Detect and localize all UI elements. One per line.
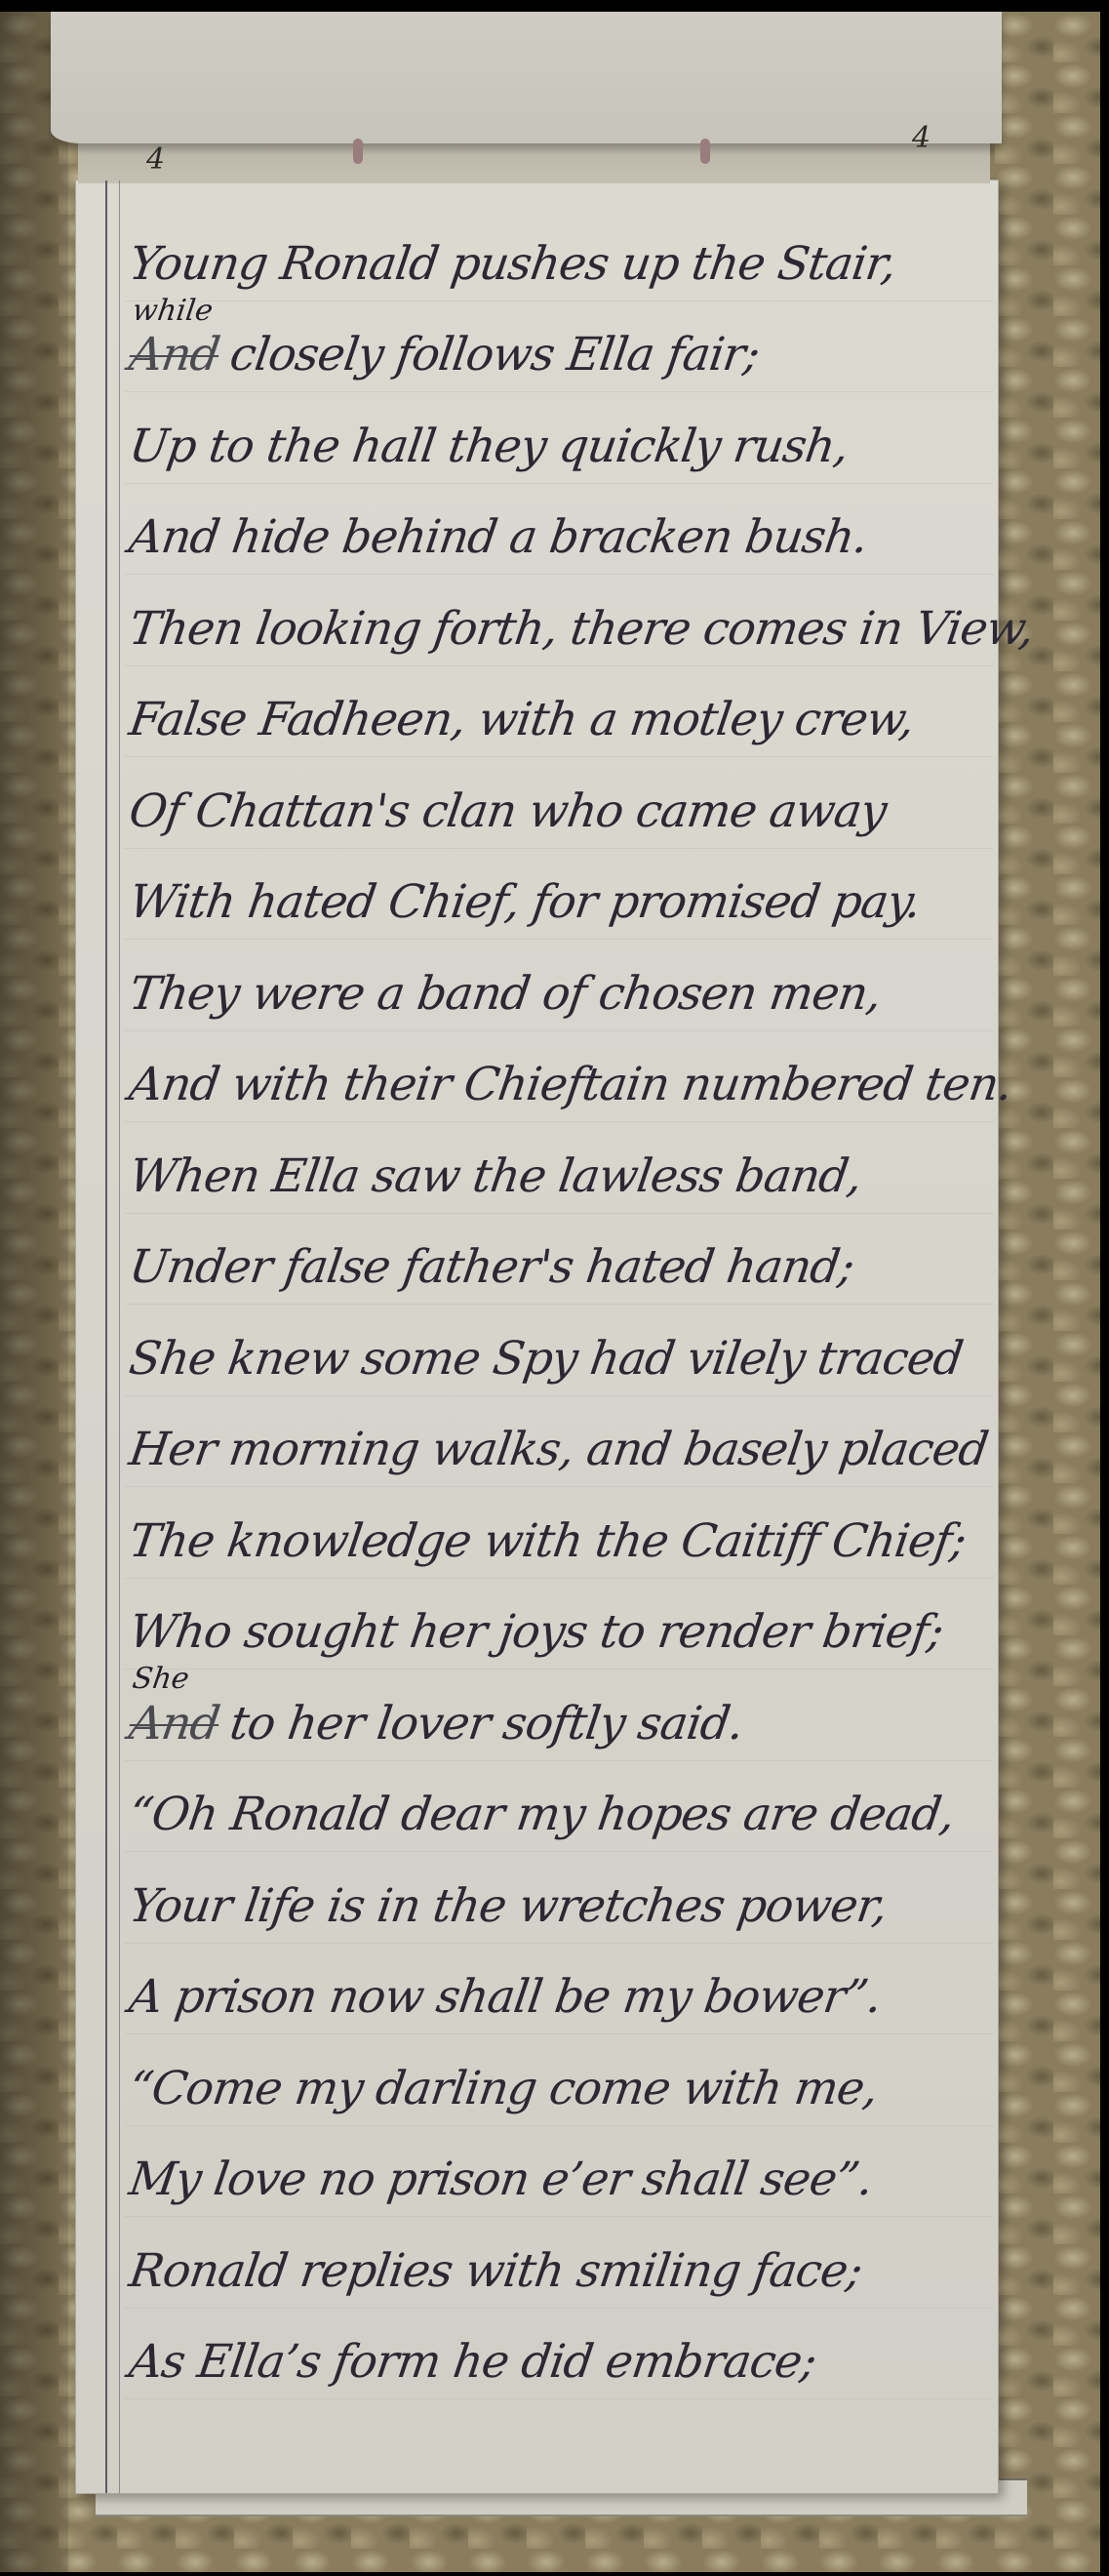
inserted-word: She bbox=[131, 1662, 192, 1696]
line-text: With hated Chief, for promised pay. bbox=[125, 879, 924, 939]
poem-line: while Andclosely follows Ella fair; bbox=[125, 302, 993, 393]
line-text: Young Ronald pushes up the Stair, bbox=[125, 241, 899, 301]
struck-word: And bbox=[126, 1697, 222, 1751]
page-number-left: 4 bbox=[146, 142, 165, 177]
margin-rule bbox=[105, 181, 107, 2493]
line-text: Ronald replies with smiling face; bbox=[125, 2248, 865, 2308]
line-text: And with their Chieftain numbered ten. bbox=[125, 1062, 1014, 1121]
page-number-right: 4 bbox=[912, 121, 931, 155]
line-text: closely follows Ella fair; bbox=[226, 328, 762, 382]
line-text: to her lover softly said. bbox=[226, 1697, 746, 1751]
binding-thread-icon bbox=[353, 139, 363, 164]
poem-line: And with their Chieftain numbered ten. bbox=[125, 1031, 993, 1123]
line-text: A prison now shall be my bower”. bbox=[125, 1974, 885, 2033]
line-text: “Come my darling come with me, bbox=[125, 2066, 881, 2125]
line-text: “Oh Ronald dear my hopes are dead, bbox=[125, 1791, 957, 1851]
line-text: Who sought her joys to render brief; bbox=[125, 1609, 946, 1669]
line-text: As Ella’s form he did embrace; bbox=[125, 2339, 819, 2398]
poem-line: With hated Chief, for promised pay. bbox=[125, 849, 993, 941]
poem-text: Young Ronald pushes up the Stair, while … bbox=[125, 210, 993, 2399]
line-text: Of Chattan's clan who came away bbox=[125, 788, 890, 848]
poem-line: Under false father's hated hand; bbox=[125, 1214, 993, 1306]
line-text: She knew some Spy had vilely traced bbox=[125, 1336, 966, 1395]
poem-line: The knowledge with the Caitiff Chief; bbox=[125, 1487, 993, 1579]
margin-rule bbox=[119, 181, 120, 2493]
line-text: Your life is in the wretches power, bbox=[125, 1883, 890, 1943]
line-text: When Ella saw the lawless band, bbox=[125, 1153, 864, 1213]
poem-line: A prison now shall be my bower”. bbox=[125, 1944, 993, 2035]
line-text: False Fadheen, with a motley crew, bbox=[125, 697, 917, 756]
poem-line: “Come my darling come with me, bbox=[125, 2034, 993, 2126]
poem-line: They were a band of chosen men, bbox=[125, 940, 993, 1031]
poem-line: False Fadheen, with a motley crew, bbox=[125, 666, 993, 758]
struck-word: And bbox=[126, 328, 222, 382]
poem-line: Of Chattan's clan who came away bbox=[125, 757, 993, 849]
poem-line: My love no prison e’er shall see”. bbox=[125, 2126, 993, 2218]
line-text: The knowledge with the Caitiff Chief; bbox=[125, 1518, 969, 1578]
line-text: They were a band of chosen men, bbox=[125, 971, 884, 1030]
poem-line: Then looking forth, there comes in View, bbox=[125, 575, 993, 666]
line-text: Her morning walks, and basely placed bbox=[125, 1427, 991, 1486]
poem-line: Ronald replies with smiling face; bbox=[125, 2217, 993, 2309]
inserted-word: while bbox=[131, 294, 216, 328]
line-text: And hide behind a bracken bush. bbox=[125, 514, 871, 574]
poem-line: She Andto her lover softly said. bbox=[125, 1670, 993, 1761]
poem-line: When Ella saw the lawless band, bbox=[125, 1122, 993, 1214]
folded-back-page bbox=[51, 12, 1002, 143]
line-text: My love no prison e’er shall see”. bbox=[125, 2156, 876, 2216]
poem-line: Her morning walks, and basely placed bbox=[125, 1396, 993, 1488]
poem-line: Who sought her joys to render brief; bbox=[125, 1579, 993, 1670]
line-text: Under false father's hated hand; bbox=[125, 1244, 856, 1304]
poem-line: “Oh Ronald dear my hopes are dead, bbox=[125, 1761, 993, 1853]
poem-line: Young Ronald pushes up the Stair, bbox=[125, 210, 993, 302]
carpet-shadow bbox=[0, 12, 68, 2572]
poem-line: Up to the hall they quickly rush, bbox=[125, 392, 993, 484]
poem-line: And hide behind a bracken bush. bbox=[125, 484, 993, 576]
image-frame: 4 4 Young Ronald pushes up the Stair, wh… bbox=[0, 0, 1109, 2576]
line-text: Then looking forth, there comes in View, bbox=[125, 606, 1037, 665]
poem-line: She knew some Spy had vilely traced bbox=[125, 1305, 993, 1396]
page-header-strip bbox=[78, 137, 990, 183]
line-text: Up to the hall they quickly rush, bbox=[125, 423, 852, 483]
poem-line: As Ella’s form he did embrace; bbox=[125, 2309, 993, 2400]
binding-thread-icon bbox=[700, 139, 710, 164]
poem-line: Your life is in the wretches power, bbox=[125, 1852, 993, 1944]
